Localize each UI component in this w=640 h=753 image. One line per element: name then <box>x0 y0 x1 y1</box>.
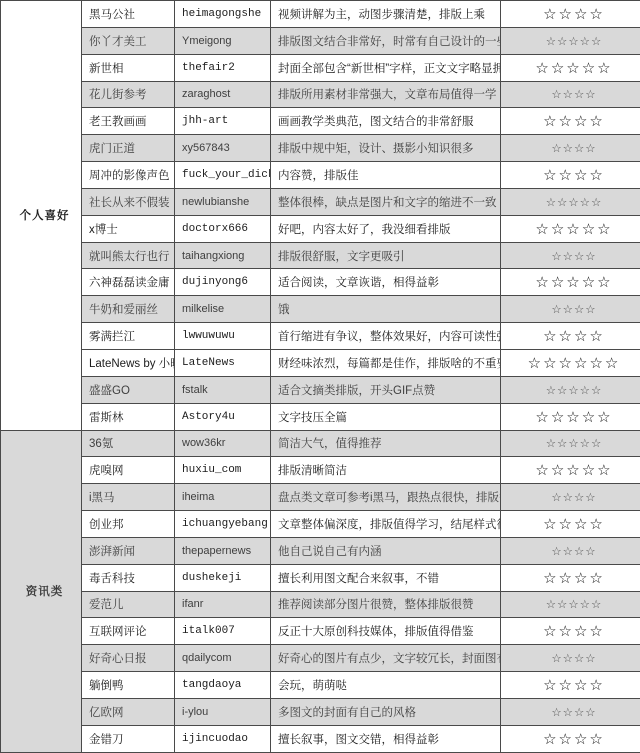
account-comment: 首行缩进有争议，整体效果好，内容可读性强 <box>271 323 501 350</box>
account-name: 你丫才美工 <box>82 27 175 54</box>
account-comment: 好奇心的图片有点少，文字较冗长，封面图有点随意 <box>271 645 501 672</box>
account-id: i-ylou <box>175 698 271 725</box>
account-name: 六神磊磊读金庸 <box>82 269 175 296</box>
account-name: 毒舌科技 <box>82 564 175 591</box>
table-row: 亿欧网 i-ylou 多图文的封面有自己的风格 ☆☆☆☆ <box>1 698 640 725</box>
table-row: 个人喜好黑马公社 heimagongshe 视频讲解为主，动图步骤清楚，排版上乘… <box>1 1 640 28</box>
star-rating: ☆☆☆☆☆ <box>501 591 640 618</box>
star-rating: ☆☆☆☆ <box>501 108 640 135</box>
star-rating: ☆☆☆☆ <box>501 511 640 538</box>
account-name: 就叫熊太行也行 <box>82 242 175 269</box>
account-id: Astory4u <box>175 403 271 430</box>
account-comment: 适合文摘类排版，开头GIF点赞 <box>271 376 501 403</box>
account-comment: 简洁大气，值得推荐 <box>271 430 501 457</box>
star-rating: ☆☆☆☆ <box>501 698 640 725</box>
account-name: LateNews by 小晚 <box>82 349 175 376</box>
table-row: 澎湃新闻 thepapernews 他自己说自己有内涵 ☆☆☆☆ <box>1 537 640 564</box>
account-comment: 反正十大原创科技媒体，排版值得借鉴 <box>271 618 501 645</box>
account-comment: 画画教学类典范，图文结合的非常舒服 <box>271 108 501 135</box>
account-id: milkelise <box>175 296 271 323</box>
table-row: 就叫熊太行也行 taihangxiong 排版很舒服，文字更吸引 ☆☆☆☆ <box>1 242 640 269</box>
star-rating: ☆☆☆☆ <box>501 1 640 28</box>
table-row: 资讯类36氪 wow36kr 简洁大气，值得推荐 ☆☆☆☆☆ <box>1 430 640 457</box>
account-name: i黑马 <box>82 484 175 511</box>
account-name: 社长从来不假装 <box>82 188 175 215</box>
account-comment: 饿 <box>271 296 501 323</box>
account-name: 黑马公社 <box>82 1 175 28</box>
account-comment: 擅长利用图文配合来叙事，不错 <box>271 564 501 591</box>
star-rating: ☆☆☆☆☆☆ <box>501 349 640 376</box>
account-name: 新世相 <box>82 54 175 81</box>
star-rating: ☆☆☆☆ <box>501 162 640 189</box>
table-row: 新世相 thefair2 封面全部包含“新世相”字样，正文文字略显拥挤 ☆☆☆☆… <box>1 54 640 81</box>
accounts-rating-page: 个人喜好黑马公社 heimagongshe 视频讲解为主，动图步骤清楚，排版上乘… <box>0 0 640 753</box>
account-id: dujinyong6 <box>175 269 271 296</box>
star-rating: ☆☆☆☆ <box>501 725 640 752</box>
account-name: 周冲的影像声色 <box>82 162 175 189</box>
star-rating: ☆☆☆☆☆ <box>501 188 640 215</box>
table-row: 雾满拦江 lwwuwuwu 首行缩进有争议，整体效果好，内容可读性强 ☆☆☆☆ <box>1 323 640 350</box>
account-name: 亿欧网 <box>82 698 175 725</box>
account-name: 创业邦 <box>82 511 175 538</box>
account-id: italk007 <box>175 618 271 645</box>
account-comment: 内容赞，排版佳 <box>271 162 501 189</box>
star-rating: ☆☆☆☆☆ <box>501 27 640 54</box>
account-id: iheima <box>175 484 271 511</box>
account-id: qdailycom <box>175 645 271 672</box>
account-comment: 整体很棒，缺点是图片和文字的缩进不一致 <box>271 188 501 215</box>
account-comment: 排版清晰简洁 <box>271 457 501 484</box>
star-rating: ☆☆☆☆ <box>501 135 640 162</box>
account-comment: 文字技压全篇 <box>271 403 501 430</box>
star-rating: ☆☆☆☆ <box>501 296 640 323</box>
table-row: 互联网评论 italk007 反正十大原创科技媒体，排版值得借鉴 ☆☆☆☆ <box>1 618 640 645</box>
star-rating: ☆☆☆☆☆ <box>501 269 640 296</box>
account-comment: 封面全部包含“新世相”字样，正文文字略显拥挤 <box>271 54 501 81</box>
account-name: 雷斯林 <box>82 403 175 430</box>
account-comment: 推荐阅读部分图片很赞，整体排版很赞 <box>271 591 501 618</box>
account-id: tangdaoya <box>175 672 271 699</box>
table-row: i黑马 iheima 盘点类文章可参考i黑马，跟热点很快，排版赞 ☆☆☆☆ <box>1 484 640 511</box>
table-row: 躺倒鸭 tangdaoya 会玩，萌萌哒 ☆☆☆☆ <box>1 672 640 699</box>
account-id: thefair2 <box>175 54 271 81</box>
account-name: 牛奶和爱丽丝 <box>82 296 175 323</box>
account-id: thepapernews <box>175 537 271 564</box>
account-name: 雾满拦江 <box>82 323 175 350</box>
account-id: newlubianshe <box>175 188 271 215</box>
account-comment: 盘点类文章可参考i黑马，跟热点很快，排版赞 <box>271 484 501 511</box>
star-rating: ☆☆☆☆ <box>501 323 640 350</box>
table-row: 金错刀 ijincuodao 擅长叙事，图文交错，相得益彰 ☆☆☆☆ <box>1 725 640 752</box>
star-rating: ☆☆☆☆ <box>501 564 640 591</box>
account-id: xy567843 <box>175 135 271 162</box>
account-comment: 多图文的封面有自己的风格 <box>271 698 501 725</box>
star-rating: ☆☆☆☆☆ <box>501 54 640 81</box>
table-row: 雷斯林 Astory4u 文字技压全篇 ☆☆☆☆☆ <box>1 403 640 430</box>
account-comment: 他自己说自己有内涵 <box>271 537 501 564</box>
account-name: 澎湃新闻 <box>82 537 175 564</box>
account-name: 老王教画画 <box>82 108 175 135</box>
account-name: 爱范儿 <box>82 591 175 618</box>
account-name: x博士 <box>82 215 175 242</box>
account-id: taihangxiong <box>175 242 271 269</box>
account-name: 花儿街参考 <box>82 81 175 108</box>
account-id: fstalk <box>175 376 271 403</box>
account-id: LateNews <box>175 349 271 376</box>
account-comment: 擅长叙事，图文交错，相得益彰 <box>271 725 501 752</box>
account-name: 虎嗅网 <box>82 457 175 484</box>
category-label: 资讯类 <box>1 430 82 753</box>
table-row: 盛盛GO fstalk 适合文摘类排版，开头GIF点赞 ☆☆☆☆☆ <box>1 376 640 403</box>
account-comment: 适合阅读，文章诙谐，相得益彰 <box>271 269 501 296</box>
account-comment: 排版很舒服，文字更吸引 <box>271 242 501 269</box>
table-row: 虎嗅网 huxiu_com 排版清晰简洁 ☆☆☆☆☆ <box>1 457 640 484</box>
account-id: lwwuwuwu <box>175 323 271 350</box>
accounts-table: 个人喜好黑马公社 heimagongshe 视频讲解为主，动图步骤清楚，排版上乘… <box>0 0 640 753</box>
account-id: dushekeji <box>175 564 271 591</box>
account-name: 互联网评论 <box>82 618 175 645</box>
account-id: wow36kr <box>175 430 271 457</box>
account-id: heimagongshe <box>175 1 271 28</box>
account-name: 盛盛GO <box>82 376 175 403</box>
account-name: 虎门正道 <box>82 135 175 162</box>
star-rating: ☆☆☆☆ <box>501 242 640 269</box>
account-comment: 会玩，萌萌哒 <box>271 672 501 699</box>
star-rating: ☆☆☆☆ <box>501 537 640 564</box>
table-row: 爱范儿 ifanr 推荐阅读部分图片很赞，整体排版很赞 ☆☆☆☆☆ <box>1 591 640 618</box>
table-row: LateNews by 小晚 LateNews 财经味浓烈，每篇都是佳作，排版啥… <box>1 349 640 376</box>
account-id: ijincuodao <box>175 725 271 752</box>
star-rating: ☆☆☆☆ <box>501 672 640 699</box>
table-row: 周冲的影像声色 fuck_your_dick 内容赞，排版佳 ☆☆☆☆ <box>1 162 640 189</box>
star-rating: ☆☆☆☆ <box>501 618 640 645</box>
account-id: Ymeigong <box>175 27 271 54</box>
category-label: 个人喜好 <box>1 1 82 431</box>
account-id: jhh-art <box>175 108 271 135</box>
table-row: 花儿街参考 zaraghost 排版所用素材非常强大，文章布局值得一学 ☆☆☆☆ <box>1 81 640 108</box>
account-comment: 好吧，内容太好了，我没细看排版 <box>271 215 501 242</box>
table-row: 老王教画画 jhh-art 画画教学类典范，图文结合的非常舒服 ☆☆☆☆ <box>1 108 640 135</box>
account-name: 躺倒鸭 <box>82 672 175 699</box>
star-rating: ☆☆☆☆☆ <box>501 376 640 403</box>
account-id: ifanr <box>175 591 271 618</box>
star-rating: ☆☆☆☆☆ <box>501 403 640 430</box>
table-row: 毒舌科技 dushekeji 擅长利用图文配合来叙事，不错 ☆☆☆☆ <box>1 564 640 591</box>
star-rating: ☆☆☆☆☆ <box>501 457 640 484</box>
account-comment: 排版图文结合非常好，时常有自己设计的一些icon <box>271 27 501 54</box>
table-row: 牛奶和爱丽丝 milkelise 饿 ☆☆☆☆ <box>1 296 640 323</box>
star-rating: ☆☆☆☆☆ <box>501 430 640 457</box>
account-id: zaraghost <box>175 81 271 108</box>
table-row: 创业邦 ichuangyebang 文章整体偏深度，排版值得学习，结尾样式很喜欢… <box>1 511 640 538</box>
table-row: 虎门正道 xy567843 排版中规中矩，设计、摄影小知识很多 ☆☆☆☆ <box>1 135 640 162</box>
accounts-table-body: 个人喜好黑马公社 heimagongshe 视频讲解为主，动图步骤清楚，排版上乘… <box>1 1 640 753</box>
account-comment: 文章整体偏深度，排版值得学习，结尾样式很喜欢 <box>271 511 501 538</box>
account-id: fuck_your_dick <box>175 162 271 189</box>
table-row: 社长从来不假装 newlubianshe 整体很棒，缺点是图片和文字的缩进不一致… <box>1 188 640 215</box>
account-id: doctorx666 <box>175 215 271 242</box>
table-row: x博士 doctorx666 好吧，内容太好了，我没细看排版 ☆☆☆☆☆ <box>1 215 640 242</box>
account-id: ichuangyebang <box>175 511 271 538</box>
star-rating: ☆☆☆☆☆ <box>501 215 640 242</box>
star-rating: ☆☆☆☆ <box>501 484 640 511</box>
account-name: 好奇心日报 <box>82 645 175 672</box>
account-id: huxiu_com <box>175 457 271 484</box>
account-name: 36氪 <box>82 430 175 457</box>
account-name: 金错刀 <box>82 725 175 752</box>
account-comment: 排版中规中矩，设计、摄影小知识很多 <box>271 135 501 162</box>
star-rating: ☆☆☆☆ <box>501 81 640 108</box>
account-comment: 视频讲解为主，动图步骤清楚，排版上乘 <box>271 1 501 28</box>
table-row: 六神磊磊读金庸 dujinyong6 适合阅读，文章诙谐，相得益彰 ☆☆☆☆☆ <box>1 269 640 296</box>
star-rating: ☆☆☆☆ <box>501 645 640 672</box>
table-row: 好奇心日报 qdailycom 好奇心的图片有点少，文字较冗长，封面图有点随意 … <box>1 645 640 672</box>
account-comment: 财经味浓烈，每篇都是佳作，排版啥的不重要了反倒 <box>271 349 501 376</box>
table-row: 你丫才美工 Ymeigong 排版图文结合非常好，时常有自己设计的一些icon … <box>1 27 640 54</box>
account-comment: 排版所用素材非常强大，文章布局值得一学 <box>271 81 501 108</box>
